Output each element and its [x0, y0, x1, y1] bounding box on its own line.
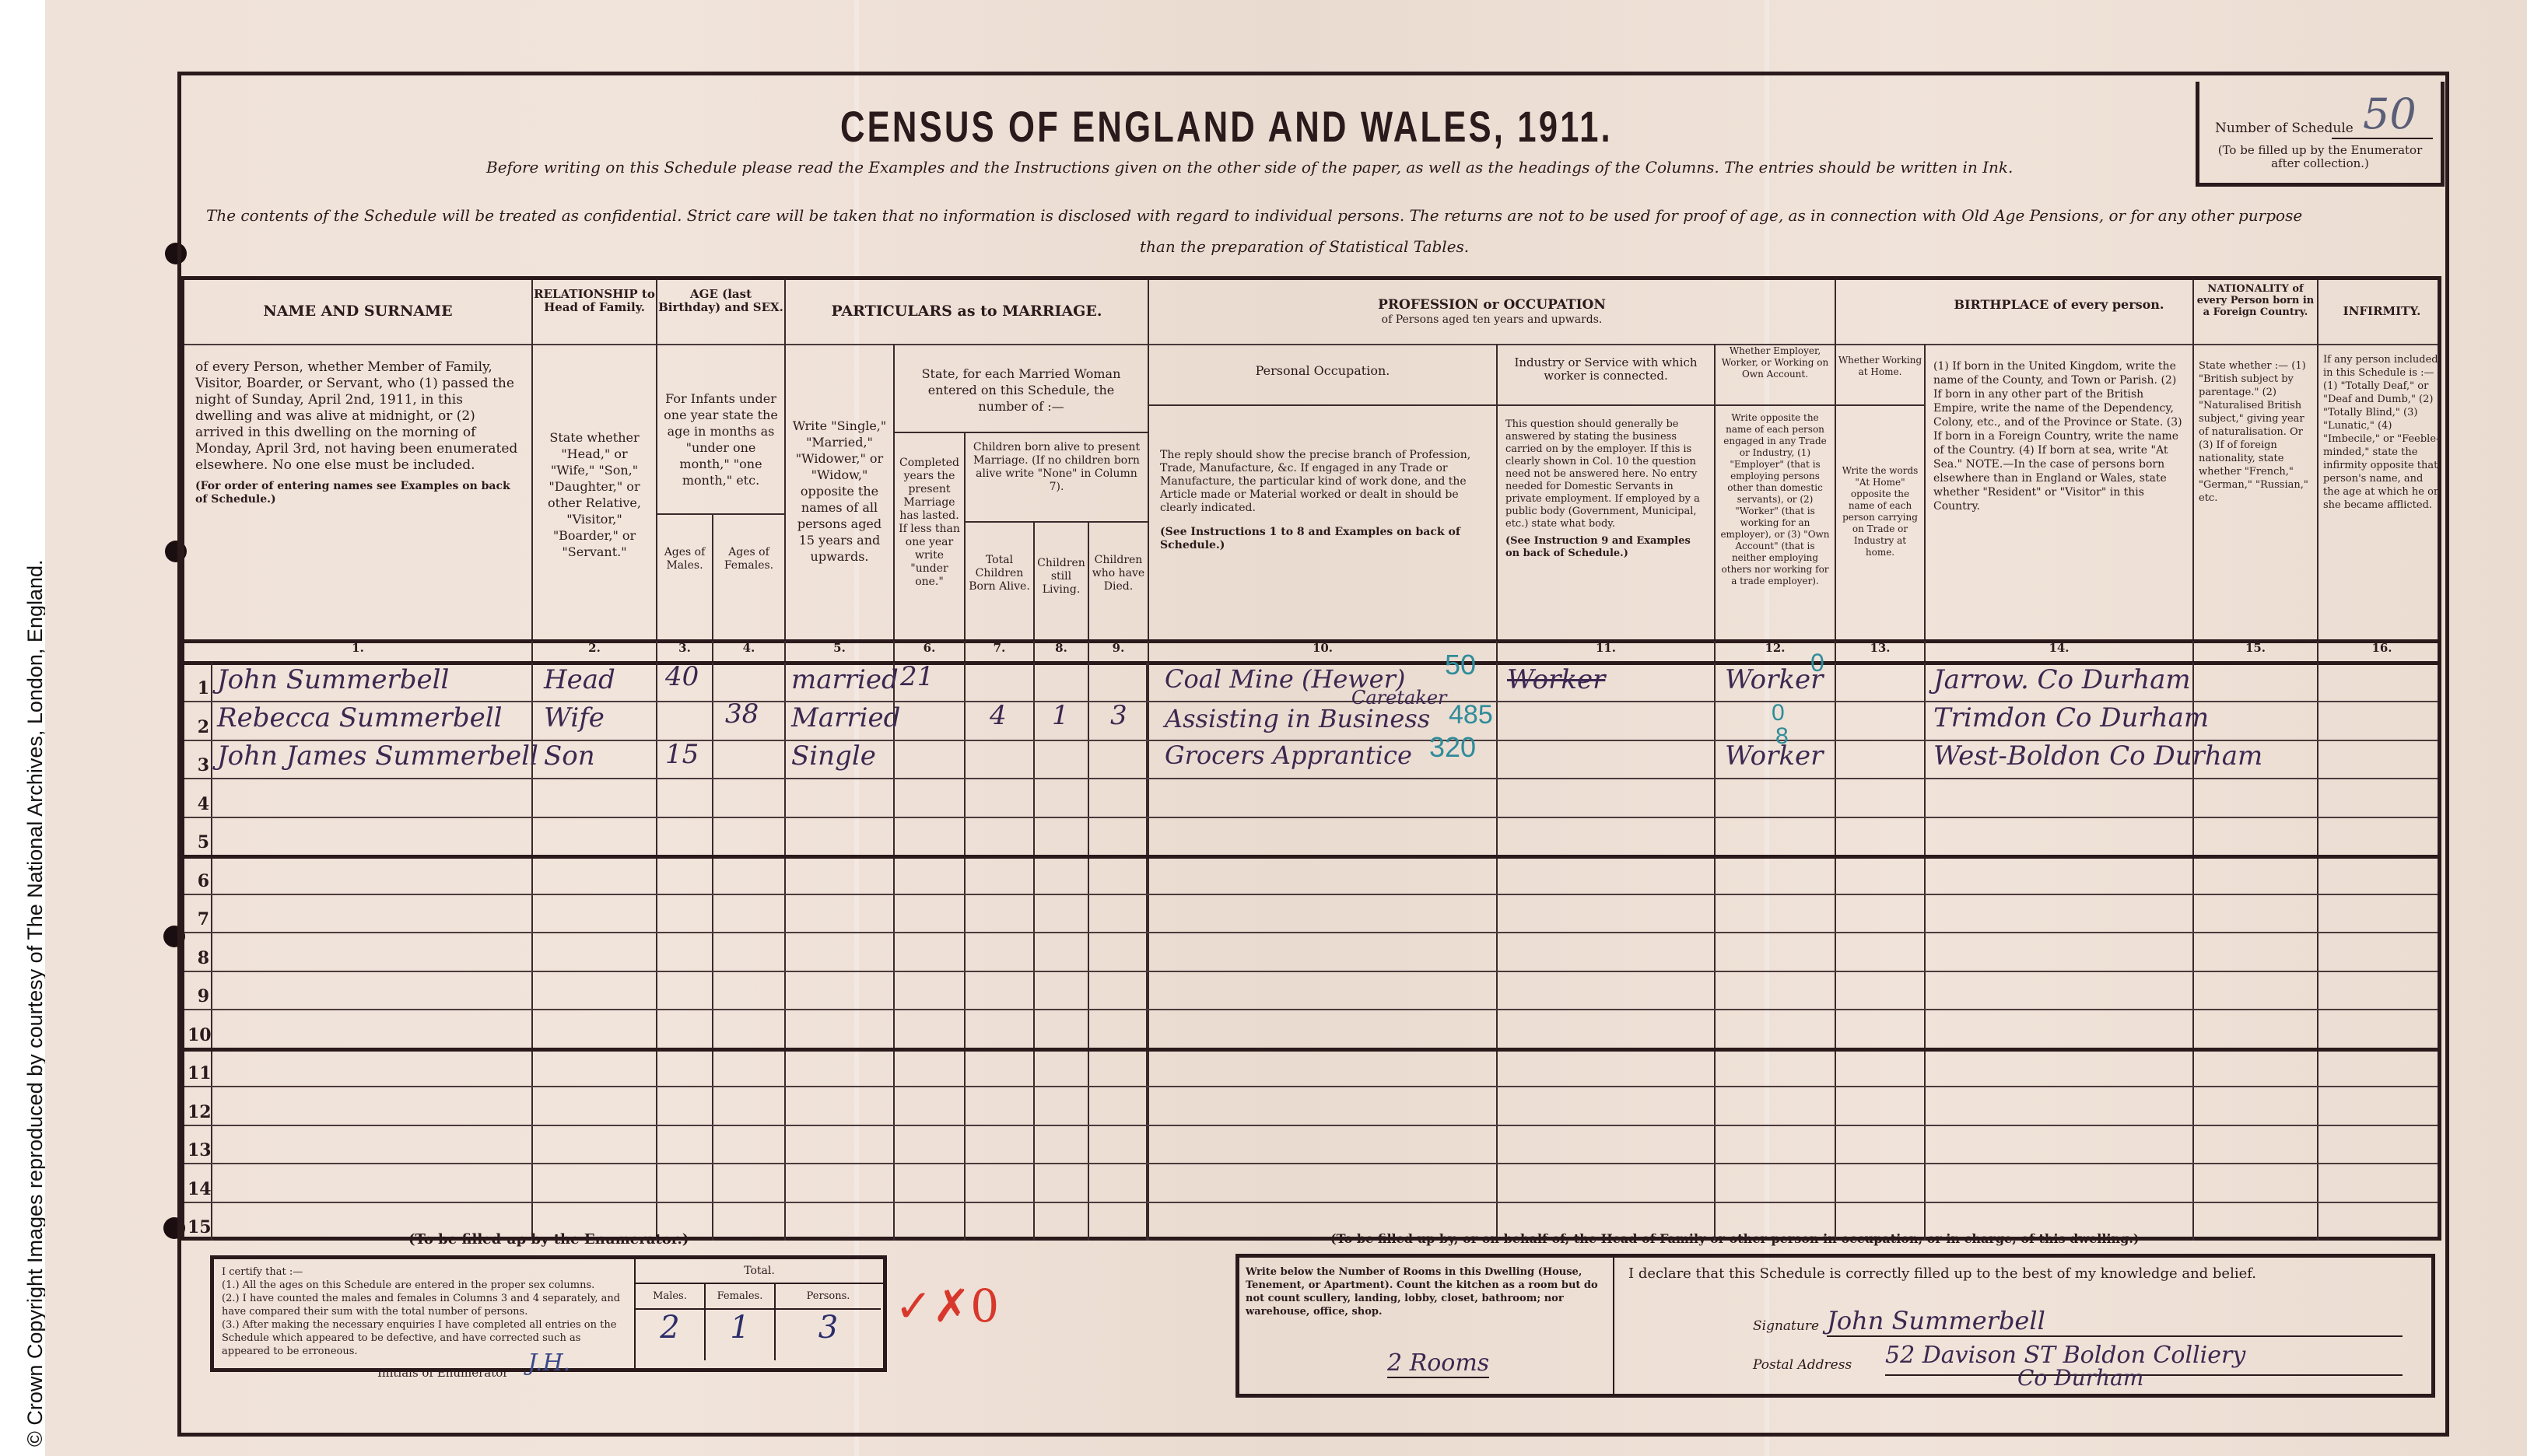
col6-number: 6.: [895, 641, 966, 661]
row-divider: [184, 778, 2438, 779]
row-divider: [184, 971, 2438, 972]
col16-number: 16.: [2318, 641, 2445, 661]
postal-address-line2: Co Durham: [2017, 1365, 2143, 1391]
age-desc: For Infants under one year state the age…: [657, 344, 786, 515]
row1-employment-code: 0: [1810, 649, 1824, 677]
row3-occupation-code: 320: [1429, 731, 1476, 764]
head-of-family-heading: (To be filled up by, or on behalf of, th…: [1330, 1231, 2139, 1246]
col6-desc: Completed years the present Marriage has…: [895, 433, 966, 639]
row-number: 10: [188, 1025, 209, 1045]
row-divider: [184, 1086, 2438, 1087]
row1-employment: Worker: [1725, 664, 1823, 695]
col1-number: 1.: [184, 641, 533, 661]
col1-title: NAME AND SURNAME: [263, 303, 452, 320]
census-table: NAME AND SURNAME of every Person, whethe…: [180, 276, 2441, 1241]
row1-marital: married: [791, 664, 899, 695]
row-number: 5: [188, 832, 209, 852]
males-total: 2: [636, 1310, 704, 1346]
males-cell: Males. 2: [636, 1284, 706, 1360]
col11-body: [1498, 663, 1716, 1241]
females-label: Females.: [706, 1284, 774, 1310]
row-number: 9: [188, 986, 209, 1006]
row3-name: John James Summerbell: [217, 740, 538, 772]
enumerator-box: I certify that :— (1.) All the ages on t…: [210, 1255, 887, 1372]
row-divider-heavy: [184, 855, 2438, 859]
persons-total: 3: [776, 1310, 881, 1346]
enumerator-heading: (To be filled up by the Enumerator.): [408, 1231, 689, 1248]
page-title: CENSUS OF ENGLAND AND WALES, 1911.: [840, 101, 1613, 152]
col2-desc: State whether "Head," or "Wife," "Son," …: [533, 344, 657, 639]
row-divider-heavy: [184, 1048, 2438, 1052]
row2-living: 1: [1052, 700, 1069, 731]
col16-header: INFIRMITY.: [2318, 280, 2445, 344]
col3-header: Ages of Males.: [657, 515, 713, 639]
copyright-text: © Crown Copyright Images reproduced by c…: [23, 559, 47, 1447]
col13-body: [1836, 663, 1926, 1241]
col9-desc: Children who have Died.: [1089, 523, 1149, 639]
col4-number: 4.: [713, 641, 786, 661]
head-of-family-box: Write below the Number of Rooms in this …: [1235, 1254, 2435, 1398]
col1-note: (For order of entering names see Example…: [195, 480, 520, 506]
signature-value: John Summerbell: [1827, 1306, 2045, 1335]
row2-born-alive: 4: [990, 700, 1007, 731]
copyright-strip: © Crown Copyright Images reproduced by c…: [0, 0, 45, 1456]
row2-occupation-code: 485: [1449, 700, 1493, 730]
col1-desc-text: of every Person, whether Member of Famil…: [195, 359, 520, 474]
col11-number: 11.: [1498, 641, 1716, 661]
col2-header: RELATIONSHIP to Head of Family.: [533, 280, 657, 344]
schedule-number-box: Number of Schedule 50 (To be filled up b…: [2196, 82, 2445, 187]
col11-header: Industry or Service with which worker is…: [1498, 344, 1716, 406]
col12-desc: Write opposite the name of each person e…: [1716, 406, 1836, 639]
col15-desc: State whether :— (1) "British subject by…: [2194, 344, 2318, 639]
row-number: 12: [188, 1102, 209, 1122]
confidential-note: The contents of the Schedule will be tre…: [206, 206, 2302, 225]
col15-number: 15.: [2194, 641, 2318, 661]
schedule-number-note: (To be filled up by the Enumerator after…: [2207, 144, 2433, 170]
row1-industry-struck: Worker: [1507, 664, 1605, 695]
row3-age-male: 15: [665, 739, 699, 770]
col10-note: (See Instructions 1 to 8 and Examples on…: [1160, 526, 1485, 552]
col4-body: [713, 663, 786, 1241]
col13-header: Whether Working at Home.: [1836, 344, 1926, 406]
row-number: 6: [188, 871, 209, 891]
row-number: 2: [188, 717, 209, 737]
row1-relationship: Head: [544, 664, 615, 695]
col14-number: 14.: [1926, 641, 2194, 661]
col11-desc-text: This question should generally be answer…: [1505, 418, 1706, 530]
males-label: Males.: [636, 1284, 704, 1310]
col16-desc: If any person included in this Schedule …: [2318, 344, 2445, 639]
row1-birthplace: Jarrow. Co Durham: [1933, 664, 2191, 695]
col8-number: 8.: [1035, 641, 1089, 661]
schedule-number-value: 50: [2363, 89, 2417, 138]
occupation-header: PROFESSION or OCCUPATION of Persons aged…: [1149, 280, 1836, 344]
col14-desc: (1) If born in the United Kingdom, write…: [1926, 344, 2194, 639]
enumerator-certification: I certify that :— (1.) All the ages on t…: [222, 1265, 626, 1380]
age-header: AGE (last Birthday) and SEX.: [657, 280, 786, 344]
col10-header: Personal Occupation.: [1149, 344, 1498, 406]
col9-body: [1089, 663, 1149, 1241]
initials-label: Initials of Enumerator: [377, 1366, 508, 1380]
total-label: Total.: [636, 1259, 883, 1284]
row3-occupation: Grocers Apprantice: [1165, 740, 1412, 770]
children-desc: Children born alive to present Marriage.…: [966, 433, 1149, 523]
initials-row: Initials of Enumerator J.H.: [222, 1363, 626, 1380]
row2-employment-code: 0: [1772, 700, 1785, 726]
row1-age-male: 40: [665, 661, 699, 692]
col15-header: NATIONALITY of every Person born in a Fo…: [2194, 280, 2318, 344]
row3-employment: Worker: [1725, 740, 1823, 772]
row-divider: [184, 1163, 2438, 1164]
row1-name: John Summerbell: [217, 664, 449, 695]
certify-item-1: (1.) All the ages on this Schedule are e…: [222, 1279, 626, 1292]
certify-item-2: (2.) I have counted the males and female…: [222, 1292, 626, 1318]
row2-relationship: Wife: [544, 702, 605, 733]
row-number: 15: [188, 1217, 209, 1237]
row1-years-married: 21: [900, 661, 934, 692]
col5-number: 5.: [786, 641, 895, 661]
rooms-value: 2 Rooms: [1387, 1349, 1489, 1378]
row3-relationship: Son: [544, 740, 595, 772]
row-number: 7: [188, 909, 209, 929]
signature-line: [1827, 1335, 2403, 1337]
rooms-instruction: Write below the Number of Rooms in this …: [1239, 1258, 1613, 1326]
married-woman-desc: State, for each Married Woman entered on…: [895, 344, 1149, 433]
col13-desc: Write the words "At Home" opposite the n…: [1836, 406, 1926, 639]
col9-number: 9.: [1089, 641, 1149, 661]
col5-desc: Write "Single," "Married," "Widower," or…: [786, 344, 895, 639]
row2-occupation: Assisting in Business: [1165, 704, 1430, 733]
females-total: 1: [706, 1310, 774, 1346]
row-number: 11: [188, 1063, 209, 1083]
row-divider: [184, 1202, 2438, 1203]
signature-label: Signature: [1753, 1318, 1819, 1334]
row-divider: [184, 1009, 2438, 1010]
totals-block: Total. Males. 2 Females. 1 Persons. 3: [634, 1259, 883, 1368]
declaration-text: I declare that this Schedule is correctl…: [1628, 1265, 2256, 1282]
col4-header: Ages of Females.: [713, 515, 786, 639]
row-number: 4: [188, 794, 209, 814]
col3-number: 3.: [657, 641, 713, 661]
row-divider: [184, 817, 2438, 818]
marriage-header: PARTICULARS as to MARRIAGE.: [786, 280, 1149, 344]
row3-marital: Single: [791, 740, 876, 772]
confidential-note-2: than the preparation of Statistical Tabl…: [1140, 237, 1469, 256]
col8-desc: Children still Living.: [1035, 523, 1089, 639]
row-number: 13: [188, 1140, 209, 1160]
persons-label: Persons.: [776, 1284, 881, 1310]
col6-body: [895, 663, 966, 1241]
col14-header: BIRTHPLACE of every person.: [1926, 280, 2194, 344]
row-number: 1: [188, 678, 209, 698]
row2-name: Rebecca Summerbell: [217, 702, 502, 733]
col7-desc: Total Children Born Alive.: [966, 523, 1035, 639]
col1-desc: of every Person, whether Member of Famil…: [184, 344, 533, 639]
row-divider: [184, 932, 2438, 933]
col7-body: [966, 663, 1035, 1241]
col8-body: [1035, 663, 1089, 1241]
col1-header: NAME AND SURNAME: [184, 280, 533, 344]
postal-address-label: Postal Address: [1753, 1357, 1852, 1373]
row2-died: 3: [1110, 700, 1127, 731]
instruction-note: Before writing on this Schedule please r…: [486, 158, 2013, 177]
row2-marital: Married: [791, 702, 900, 733]
col13-number: 13.: [1836, 641, 1926, 661]
address-line: [1885, 1374, 2403, 1376]
occupation-subtitle: of Persons aged ten years and upwards.: [1149, 313, 1835, 327]
red-check-mark: ✓✗0: [895, 1279, 999, 1332]
row-number: 14: [188, 1179, 209, 1199]
row2-age-female: 38: [725, 698, 759, 730]
col10-desc: The reply should show the precise branch…: [1149, 406, 1498, 639]
row3-birthplace: West-Boldon Co Durham: [1933, 740, 2262, 772]
females-cell: Females. 1: [706, 1284, 776, 1360]
occupation-title: PROFESSION or OCCUPATION: [1149, 297, 1835, 313]
row-number: 3: [188, 755, 209, 775]
schedule-number-label: Number of Schedule: [2215, 121, 2354, 136]
col10-desc-text: The reply should show the precise branch…: [1160, 449, 1485, 515]
certify-label: I certify that :—: [222, 1265, 626, 1279]
row2-birthplace: Trimdon Co Durham: [1933, 702, 2209, 733]
col11-desc: This question should generally be answer…: [1498, 406, 1716, 639]
col7-number: 7.: [966, 641, 1035, 661]
col11-note: (See Instruction 9 and Examples on back …: [1505, 535, 1706, 560]
col2-number: 2.: [533, 641, 657, 661]
col12-header: Whether Employer, Worker, or Working on …: [1716, 344, 1836, 406]
row1-occupation-code: 50: [1445, 649, 1476, 681]
persons-cell: Persons. 3: [776, 1284, 881, 1360]
row-divider: [184, 1125, 2438, 1126]
row-divider: [184, 894, 2438, 895]
initials-value: J.H.: [527, 1349, 570, 1377]
rooms-box: Write below the Number of Rooms in this …: [1239, 1258, 1614, 1394]
row-number: 8: [188, 948, 209, 968]
